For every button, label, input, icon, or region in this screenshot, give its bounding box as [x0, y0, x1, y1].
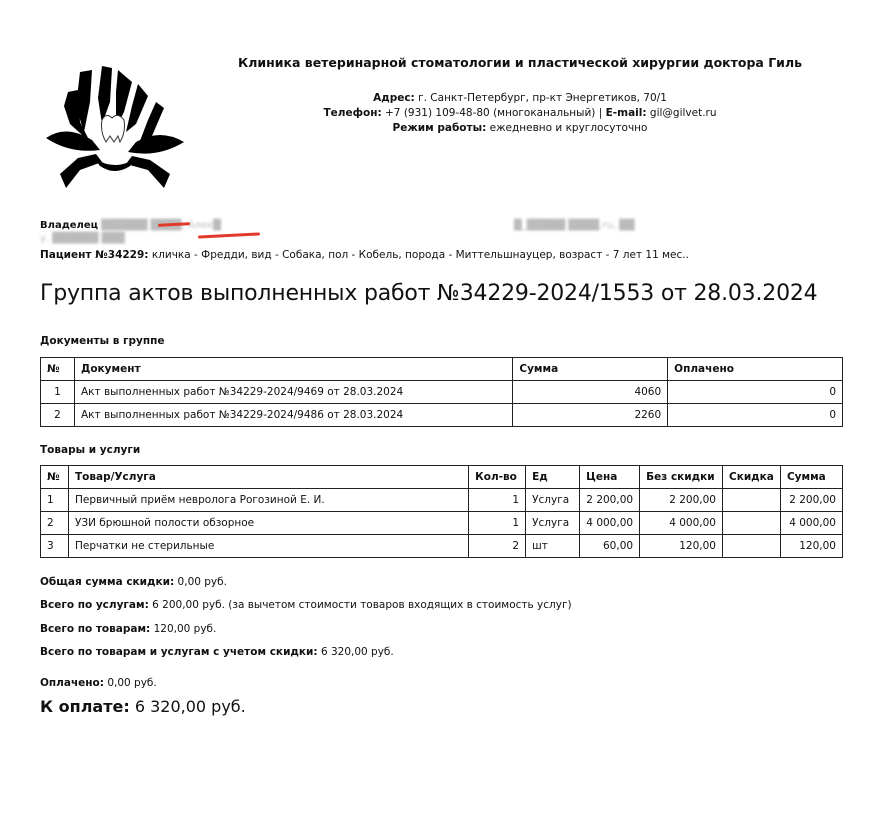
items-section-label: Товары и услуги [40, 444, 140, 456]
row-item: Первичный приём невролога Рогозиной Е. И… [68, 489, 468, 512]
col-item: Товар/Услуга [68, 466, 468, 489]
items-table: № Товар/Услуга Кол-во Ед Цена Без скидки… [40, 465, 843, 558]
row-number: 2 [41, 404, 75, 427]
row-discount [722, 512, 780, 535]
email-value[interactable]: gil@gilvet.ru [650, 107, 717, 119]
amount-due-value: 6 320,00 руб. [135, 697, 246, 716]
address-label: Адрес: [373, 92, 415, 104]
total-services-value: 6 200,00 руб. (за вычетом стоимости това… [152, 599, 571, 611]
owner-label: Владелец [40, 220, 98, 231]
row-document: Акт выполненных работ №34229-2024/9486 о… [74, 404, 512, 427]
documents-table: № Документ Сумма Оплачено 1 Акт выполнен… [40, 357, 843, 427]
row-no-discount: 4 000,00 [640, 512, 723, 535]
phone-value: +7 (931) 109-48-80 (многоканальный) | [385, 107, 602, 119]
table-row: 2 Акт выполненных работ №34229-2024/9486… [41, 404, 843, 427]
row-price: 4 000,00 [580, 512, 640, 535]
clinic-name: Клиника ветеринарной стоматологии и плас… [200, 55, 840, 70]
total-all-label: Всего по товарам и услугам с учетом скид… [40, 646, 318, 658]
table-row: 1 Акт выполненных работ №34229-2024/9469… [41, 381, 843, 404]
col-discount: Скидка [722, 466, 780, 489]
col-number: № [41, 466, 69, 489]
table-header-row: № Документ Сумма Оплачено [41, 358, 843, 381]
row-no-discount: 2 200,00 [640, 489, 723, 512]
row-discount [722, 489, 780, 512]
address-line: Адрес: г. Санкт-Петербург, пр-кт Энергет… [200, 91, 840, 106]
col-paid: Оплачено [668, 358, 843, 381]
row-sum: 120,00 [780, 535, 842, 558]
owner-line-2: у. ██████ ███ [40, 232, 820, 245]
amount-due: К оплате: 6 320,00 руб. [40, 697, 246, 716]
col-document: Документ [74, 358, 512, 381]
col-number: № [41, 358, 75, 381]
patient-info: Пациент №34229: кличка - Фредди, вид - С… [40, 249, 689, 261]
row-paid: 0 [668, 404, 843, 427]
table-row: 2 УЗИ брюшной полости обзорное 1 Услуга … [41, 512, 843, 535]
total-all-value: 6 320,00 руб. [321, 646, 394, 658]
row-sum: 2 200,00 [780, 489, 842, 512]
row-paid: 0 [668, 381, 843, 404]
col-sum: Сумма [780, 466, 842, 489]
table-row: 3 Перчатки не стерильные 2 шт 60,00 120,… [41, 535, 843, 558]
row-unit: Услуга [526, 512, 580, 535]
row-number: 3 [41, 535, 69, 558]
row-item: Перчатки не стерильные [68, 535, 468, 558]
total-goods: Всего по товарам: 120,00 руб. [40, 623, 216, 635]
col-no-discount: Без скидки [640, 466, 723, 489]
amount-due-label: К оплате: [40, 697, 130, 716]
row-qty: 2 [469, 535, 526, 558]
total-goods-value: 120,00 руб. [154, 623, 217, 635]
phone-label: Телефон: [323, 107, 381, 119]
table-header-row: № Товар/Услуга Кол-во Ед Цена Без скидки… [41, 466, 843, 489]
row-no-discount: 120,00 [640, 535, 723, 558]
total-goods-label: Всего по товарам: [40, 623, 150, 635]
row-price: 2 200,00 [580, 489, 640, 512]
row-sum: 4060 [513, 381, 668, 404]
col-qty: Кол-во [469, 466, 526, 489]
row-unit: шт [526, 535, 580, 558]
patient-details: кличка - Фредди, вид - Собака, пол - Коб… [152, 249, 689, 261]
documents-section-label: Документы в группе [40, 335, 165, 347]
row-sum: 2260 [513, 404, 668, 427]
owner-info: Владелец ██████ ████. Алек█ █_█████ ████… [40, 219, 820, 245]
row-sum: 4 000,00 [780, 512, 842, 535]
total-discount-value: 0,00 руб. [178, 576, 227, 588]
col-price: Цена [580, 466, 640, 489]
row-qty: 1 [469, 489, 526, 512]
total-all: Всего по товарам и услугам с учетом скид… [40, 646, 394, 658]
row-number: 2 [41, 512, 69, 535]
owner-contact-redacted: █_█████ ████.ru, ██ [514, 220, 634, 231]
row-number: 1 [41, 381, 75, 404]
email-label: E-mail: [606, 107, 647, 119]
col-unit: Ед [526, 466, 580, 489]
clinic-logo-icon [40, 62, 190, 190]
total-services-label: Всего по услугам: [40, 599, 149, 611]
hours-line: Режим работы: ежедневно и круглосуточно [200, 121, 840, 136]
total-paid-value: 0,00 руб. [107, 677, 156, 689]
row-document: Акт выполненных работ №34229-2024/9469 о… [74, 381, 512, 404]
row-item: УЗИ брюшной полости обзорное [68, 512, 468, 535]
address-value: г. Санкт-Петербург, пр-кт Энергетиков, 7… [418, 92, 667, 104]
row-number: 1 [41, 489, 69, 512]
hours-label: Режим работы: [393, 122, 487, 134]
total-discount: Общая сумма скидки: 0,00 руб. [40, 576, 227, 588]
total-paid: Оплачено: 0,00 руб. [40, 677, 157, 689]
phone-line: Телефон: +7 (931) 109-48-80 (многоканаль… [200, 106, 840, 121]
col-sum: Сумма [513, 358, 668, 381]
hours-value: ежедневно и круглосуточно [490, 122, 648, 134]
total-discount-label: Общая сумма скидки: [40, 576, 174, 588]
patient-label: Пациент №34229: [40, 249, 149, 261]
row-price: 60,00 [580, 535, 640, 558]
page-title: Группа актов выполненных работ №34229-20… [40, 281, 817, 306]
row-discount [722, 535, 780, 558]
total-services: Всего по услугам: 6 200,00 руб. (за выче… [40, 599, 572, 611]
clinic-contacts: Адрес: г. Санкт-Петербург, пр-кт Энергет… [200, 91, 840, 136]
row-unit: Услуга [526, 489, 580, 512]
row-qty: 1 [469, 512, 526, 535]
total-paid-label: Оплачено: [40, 677, 104, 689]
table-row: 1 Первичный приём невролога Рогозиной Е.… [41, 489, 843, 512]
